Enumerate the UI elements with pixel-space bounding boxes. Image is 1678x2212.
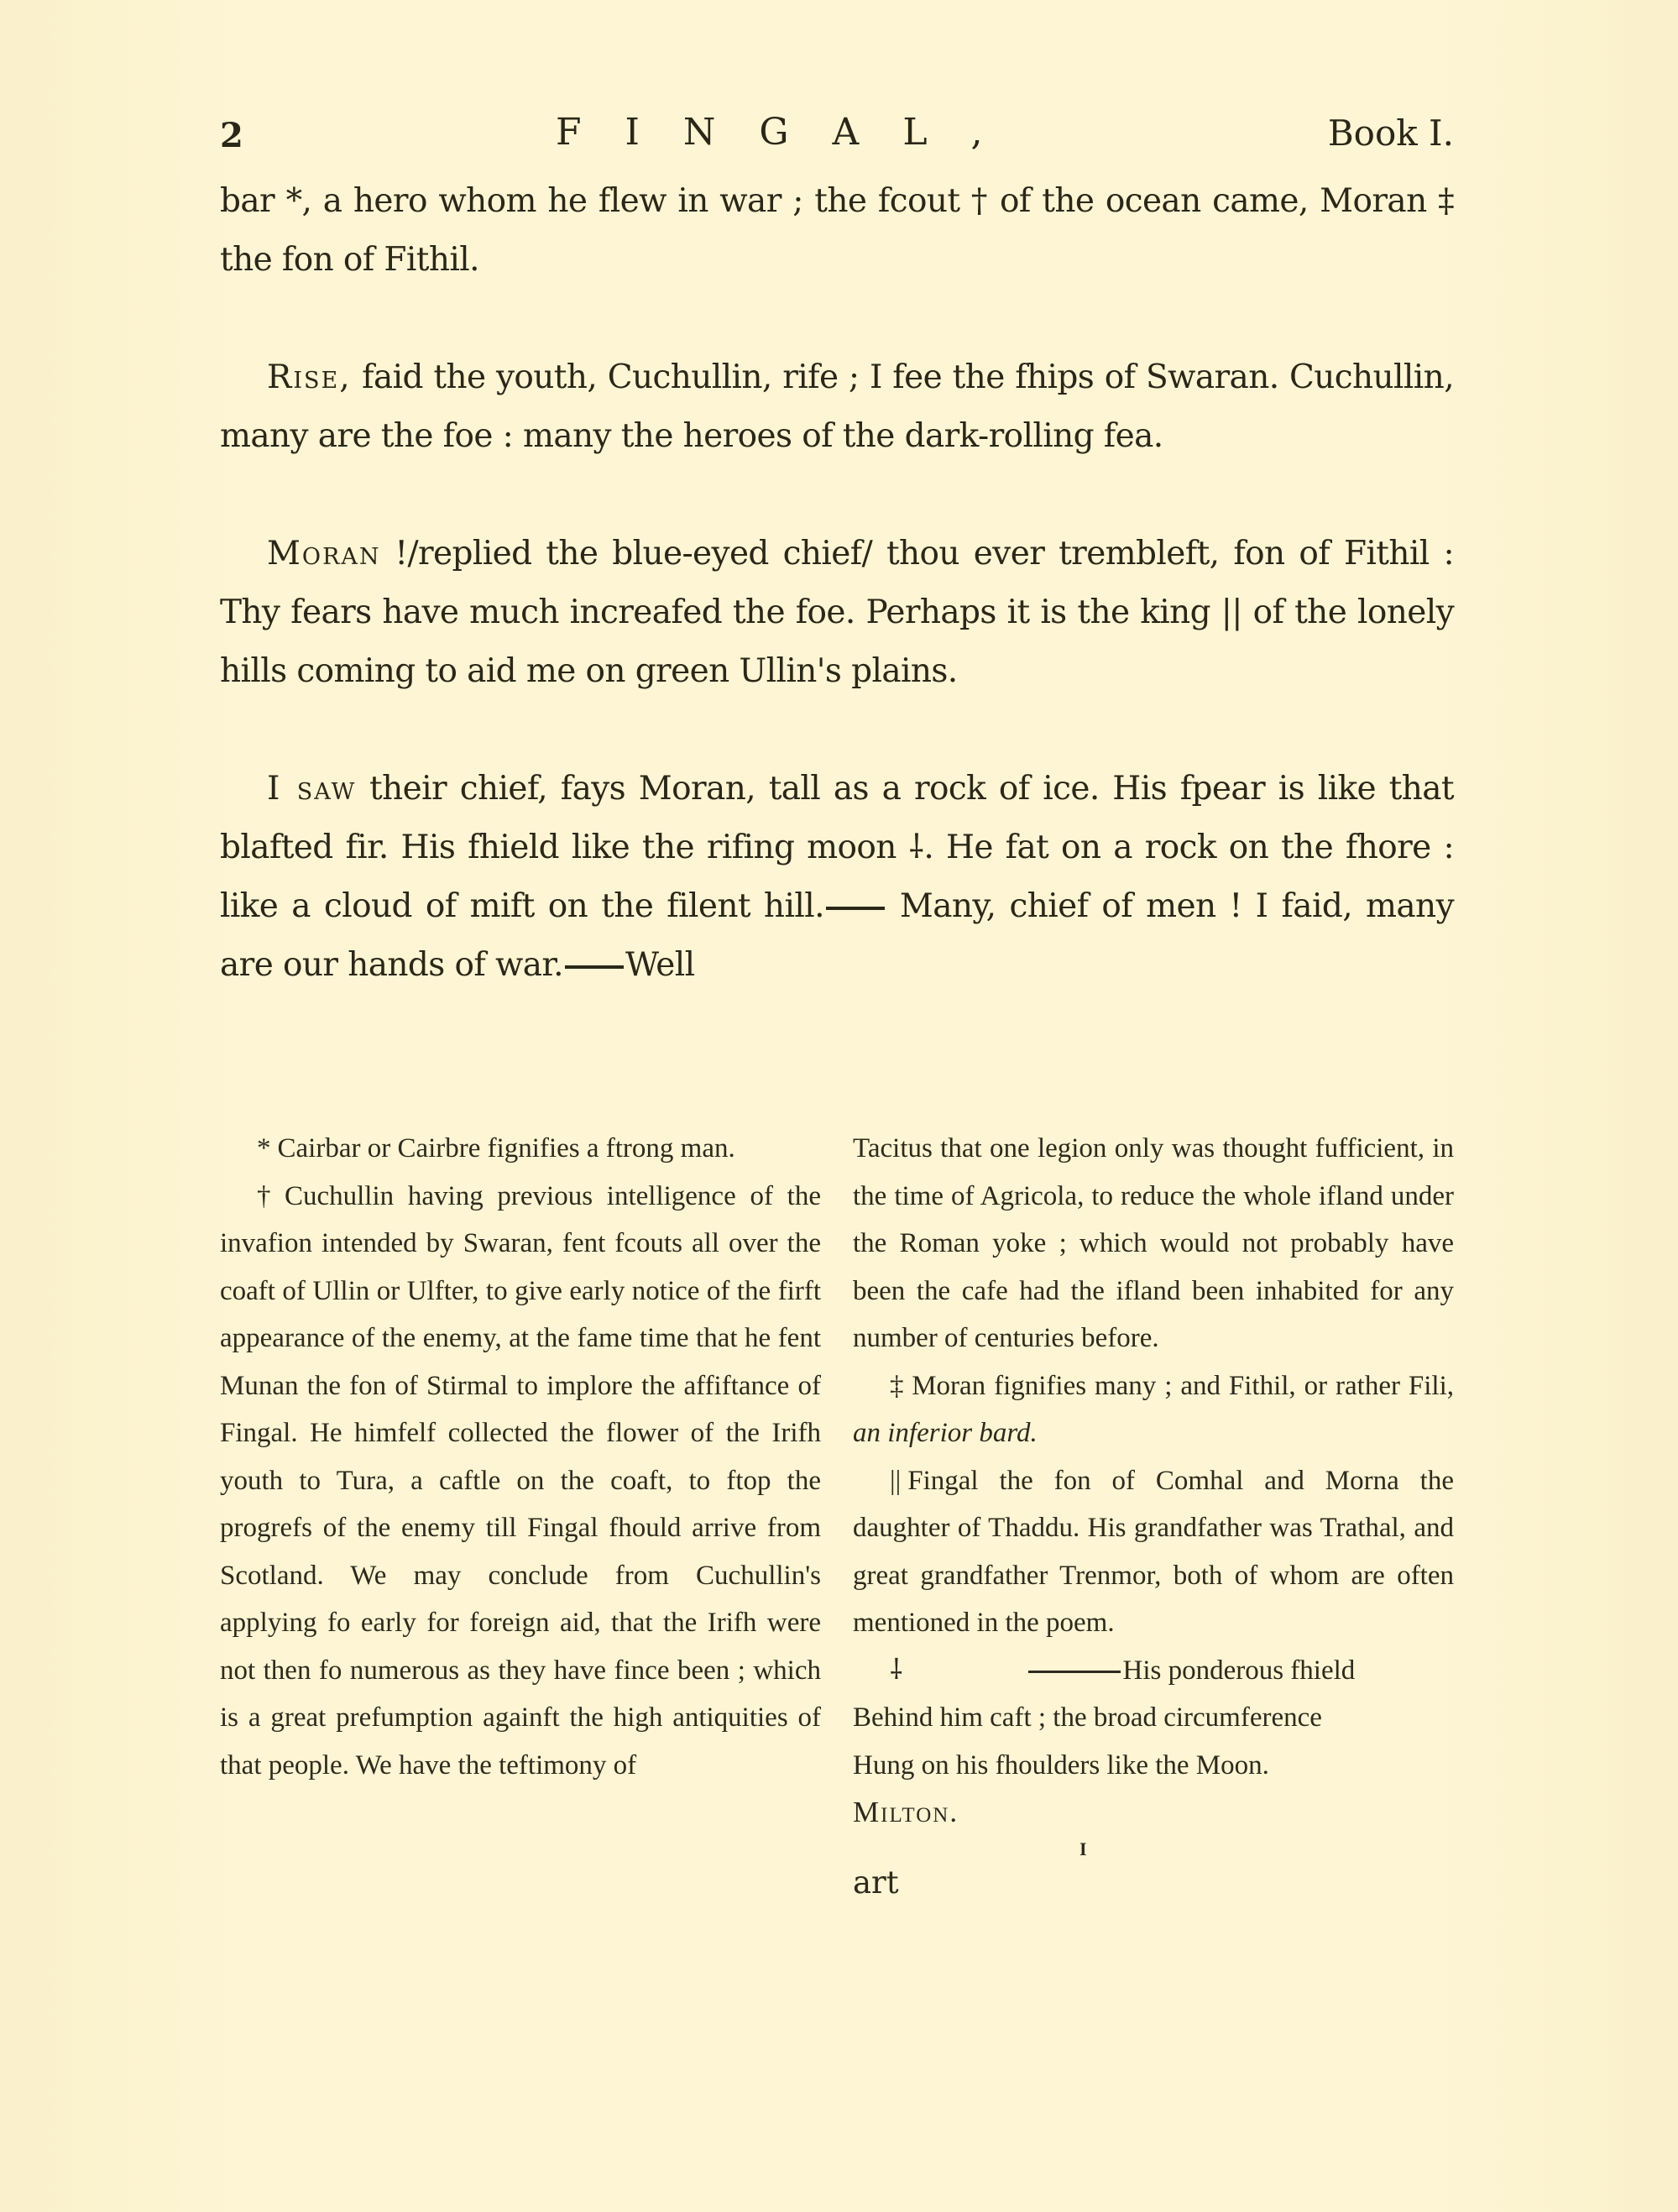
footnote-italic: an inferior bard. (853, 1418, 1038, 1448)
footnote-text: Cuchullin having previous intelligence o… (220, 1181, 821, 1781)
footnotes-left-column: *Cairbar or Cairbre fignifies a ftrong m… (220, 1125, 821, 1904)
book-label: Book I. (1328, 112, 1454, 154)
main-text: bar *, a hero whom he flew in war ; the … (220, 172, 1454, 995)
catchword: art (853, 1862, 1454, 1904)
footnotes: *Cairbar or Cairbre fignifies a ftrong m… (220, 1125, 1454, 1904)
verse-quotation: ⸸His ponderous fhield Behind him caft ; … (853, 1647, 1454, 1837)
verse-line: ⸸His ponderous fhield (853, 1647, 1454, 1695)
footnote: *Cairbar or Cairbre fignifies a ftrong m… (220, 1125, 821, 1173)
verse-attribution: Milton. (853, 1789, 1454, 1837)
paragraph-lead: Moran (267, 535, 381, 573)
footnote-mark: || (890, 1466, 901, 1496)
footnote-continuation: Tacitus that one legion only was thought… (853, 1125, 1454, 1362)
footnote-mark: † (257, 1181, 278, 1211)
verse-line: Behind him caft ; the broad circumferenc… (853, 1694, 1454, 1742)
paragraph-text: faid the youth, Cuchullin, rife ; I fee … (220, 358, 1454, 455)
paragraph-lead: I saw (267, 770, 356, 808)
paragraph-3: Moran !/replied the blue-eyed chief/ tho… (220, 525, 1454, 701)
paragraph-text: Well (625, 946, 695, 984)
footnote-mark: ‡ (890, 1371, 905, 1401)
paragraph-2: Rise, faid the youth, Cuchullin, rife ; … (220, 348, 1454, 466)
verse-text: His ponderous fhield (1122, 1655, 1355, 1686)
footnote: †Cuchullin having previous intelligence … (220, 1173, 821, 1790)
footnotes-right-column: Tacitus that one legion only was thought… (853, 1125, 1454, 1904)
book-page: 2 FINGAL, Book I. bar *, a hero whom he … (0, 0, 1678, 2212)
footnote-text: Moran fignifies many ; and Fithil, or ra… (912, 1371, 1454, 1401)
running-title: FINGAL, (556, 111, 1027, 154)
footnote-text: Fingal the fon of Comhal and Morna the d… (853, 1466, 1454, 1639)
paragraph-lead: Rise, (267, 358, 352, 396)
verse-line: Hung on his fhoulders like the Moon. (853, 1742, 1454, 1790)
signature-mark: I (853, 1837, 1454, 1862)
paragraph-text: bar *, a hero whom he flew in war ; the … (220, 182, 1454, 279)
em-dash-rule (826, 907, 885, 910)
footnote-mark: ⸸ (890, 1655, 902, 1686)
footnote: ‡Moran fignifies many ; and Fithil, or r… (853, 1362, 1454, 1457)
paragraph-text: !/replied the blue-eyed chief/ thou ever… (220, 535, 1454, 690)
page-number: 2 (220, 116, 243, 155)
running-head: 2 FINGAL, Book I. (220, 109, 1454, 159)
em-dash-rule (1028, 1671, 1121, 1673)
footnote: ||Fingal the fon of Comhal and Morna the… (853, 1457, 1454, 1647)
em-dash-rule (565, 965, 624, 969)
footnote-mark: * (257, 1133, 271, 1164)
footnote-text: Cairbar or Cairbre fignifies a ftrong ma… (278, 1133, 735, 1164)
paragraph-1: bar *, a hero whom he flew in war ; the … (220, 172, 1454, 290)
paragraph-4: I saw their chief, fays Moran, tall as a… (220, 760, 1454, 995)
